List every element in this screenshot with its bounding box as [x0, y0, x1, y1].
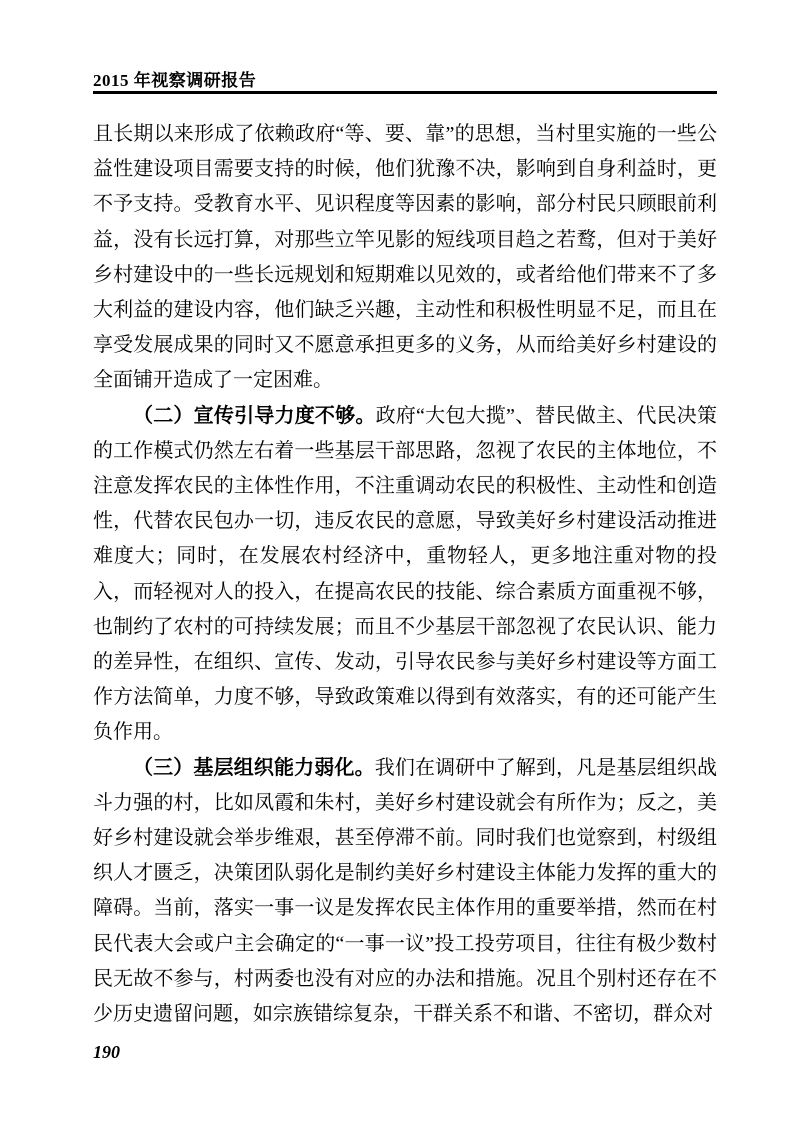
paragraph-heading: （二）宣传引导力度不够。 — [133, 405, 376, 427]
document-body: 且长期以来形成了依赖政府“等、要、靠”的思想，当村里实施的一些公益性建设项目需要… — [93, 117, 717, 1032]
page-number: 190 — [93, 1042, 120, 1063]
paragraph-text: 政府“大包大揽”、替民做主、代民决策的工作模式仍然左右着一些基层干部思路，忽视了… — [93, 405, 717, 744]
paragraph-text: 我们在调研中了解到，凡是基层组织战斗力强的村，比如凤霞和朱村，美好乡村建设就会有… — [93, 757, 717, 1025]
paragraph-text: 且长期以来形成了依赖政府“等、要、靠”的思想，当村里实施的一些公益性建设项目需要… — [93, 123, 717, 391]
paragraph: （二）宣传引导力度不够。政府“大包大揽”、替民做主、代民决策的工作模式仍然左右着… — [93, 399, 717, 751]
paragraph: （三）基层组织能力弱化。我们在调研中了解到，凡是基层组织战斗力强的村，比如凤霞和… — [93, 751, 717, 1033]
page-header-title: 2015 年视察调研报告 — [93, 66, 717, 91]
paragraph-heading: （三）基层组织能力弱化。 — [133, 757, 375, 779]
document-page: 2015 年视察调研报告 且长期以来形成了依赖政府“等、要、靠”的思想，当村里实… — [0, 0, 803, 1133]
header-rule — [93, 91, 717, 94]
paragraph: 且长期以来形成了依赖政府“等、要、靠”的思想，当村里实施的一些公益性建设项目需要… — [93, 117, 717, 399]
